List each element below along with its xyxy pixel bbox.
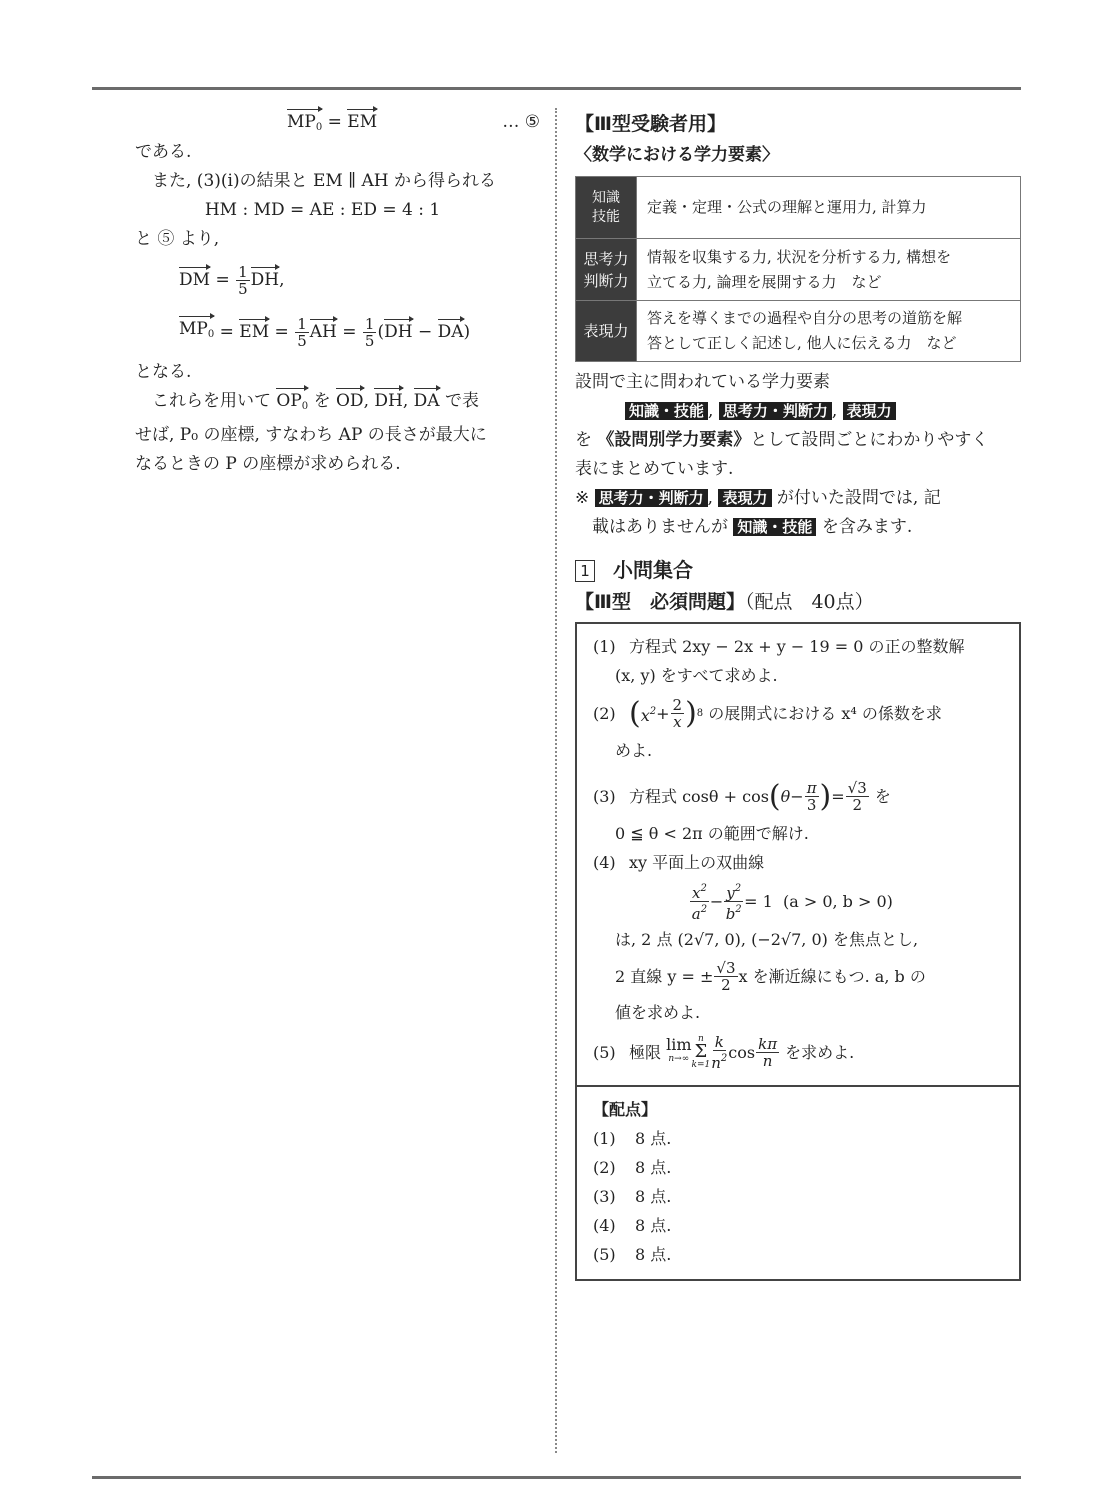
column-divider bbox=[555, 108, 557, 1453]
tag-knowledge: 知識・技能 bbox=[733, 518, 816, 536]
row-description: 答えを導くまでの過程や自分の思考の道筋を解答として正しく記述し, 他人に伝える力… bbox=[637, 301, 1021, 362]
problem-4-cont: 値を求めよ. bbox=[593, 998, 1005, 1027]
text-line: これらを用いて OP0 を OD, DH, DA で表 bbox=[135, 387, 540, 421]
row-description: 情報を収集する力, 状況を分析する力, 構想を立てる力, 論理を展開する力 など bbox=[637, 239, 1021, 301]
problem-4-cont: 2 直線 y = ±√32x を漸近線にもつ. a, b の bbox=[593, 954, 1005, 998]
ability-table: 知識技能 定義・定理・公式の理解と運用力, 計算力 思考力判断力 情報を収集する… bbox=[575, 176, 1021, 362]
tag-knowledge: 知識・技能 bbox=[625, 402, 708, 420]
notes: 設問で主に問われている学力要素 知識・技能, 思考力・判断力, 表現力 を 《設… bbox=[575, 368, 1021, 542]
vector-dm: DM bbox=[179, 266, 210, 295]
table-row: 知識技能 定義・定理・公式の理解と運用力, 計算力 bbox=[576, 177, 1021, 239]
row-header: 表現力 bbox=[576, 301, 637, 362]
vector-op0: OP0 bbox=[276, 387, 308, 421]
vector-dh: DH bbox=[251, 266, 279, 295]
vector-mp0: MP0 bbox=[179, 315, 214, 349]
bottom-rule bbox=[92, 1476, 1021, 1479]
problem-3: (3) 方程式 cosθ + cos (θ−π3)=√32 を bbox=[593, 773, 1005, 819]
problem-1: (1)方程式 2xy − 2x + y − 19 = 0 の正の整数解 bbox=[593, 632, 1005, 661]
row-description: 定義・定理・公式の理解と運用力, 計算力 bbox=[637, 177, 1021, 239]
vector-mp0: MP0 bbox=[287, 108, 322, 142]
text-line: と ⑤ より, bbox=[135, 225, 540, 254]
score-item: (4)8 点. bbox=[593, 1211, 1003, 1240]
score-title: 【配点】 bbox=[593, 1095, 1003, 1124]
problem-1-cont: (x, y) をすべて求めよ. bbox=[593, 661, 1005, 690]
top-rule bbox=[92, 87, 1021, 90]
section-heading: 【Ⅲ型受験者用】 bbox=[575, 108, 1021, 140]
problem-2-cont: めよ. bbox=[593, 736, 1005, 765]
problem-box: (1)方程式 2xy − 2x + y − 19 = 0 の正の整数解 (x, … bbox=[575, 622, 1021, 1281]
text-line: 載はありませんが 知識・技能 を含みます. bbox=[575, 513, 1021, 542]
vector-od: OD bbox=[336, 387, 364, 416]
section-number: 1 bbox=[575, 560, 595, 582]
problem-3-cont: 0 ≦ θ < 2π の範囲で解け. bbox=[593, 819, 1005, 848]
hyperbola-equation: x2a2−y2b2= 1 (a > 0, b > 0) bbox=[593, 877, 1005, 925]
left-column: MP0 = EM … ⑤ である. また, (3)(i)の結果と EM ∥ AH… bbox=[135, 108, 540, 479]
problem-2: (2) (x2+2x)8 の展開式における x⁴ の係数を求 bbox=[593, 690, 1005, 736]
vector-da: DA bbox=[414, 387, 440, 416]
fraction: 15 bbox=[295, 316, 309, 349]
tag-thinking: 思考力・判断力 bbox=[719, 402, 832, 420]
text-line: ※ 思考力・判断力, 表現力 が付いた設問では, 記 bbox=[575, 484, 1021, 513]
problem-section-title: 1小問集合 bbox=[575, 554, 1021, 586]
vector-dh: DH bbox=[374, 387, 402, 416]
problem-4-cont: は, 2 点 (2√7, 0), (−2√7, 0) を焦点とし, bbox=[593, 925, 1005, 954]
text-line: なるときの P の座標が求められる. bbox=[135, 450, 540, 479]
vector-ah: AH bbox=[310, 318, 337, 347]
vector-dh: DH bbox=[384, 318, 412, 347]
vector-em: EM bbox=[239, 318, 269, 347]
ratio-equation: HM : MD = AE : ED = 4 : 1 bbox=[135, 196, 540, 225]
tag-expression: 表現力 bbox=[843, 402, 896, 420]
problem-type: 【Ⅲ型 必須問題】（配点 40点） bbox=[575, 586, 1021, 618]
fraction: 15 bbox=[236, 264, 250, 297]
tag-expression: 表現力 bbox=[718, 489, 771, 507]
equation-mp0: MP0 = EM = 15 AH = 15(DH − DA) bbox=[135, 306, 540, 358]
score-item: (5)8 点. bbox=[593, 1240, 1003, 1269]
vector-em: EM bbox=[347, 108, 377, 137]
text-line: 設問で主に問われている学力要素 bbox=[575, 368, 1021, 397]
table-row: 思考力判断力 情報を収集する力, 状況を分析する力, 構想を立てる力, 論理を展… bbox=[576, 239, 1021, 301]
score-section: 【配点】 (1)8 点. (2)8 点. (3)8 点. (4)8 点. (5)… bbox=[577, 1087, 1019, 1279]
score-item: (2)8 点. bbox=[593, 1153, 1003, 1182]
equation-tag: … ⑤ bbox=[502, 108, 540, 137]
text-line: また, (3)(i)の結果と EM ∥ AH から得られる bbox=[135, 167, 540, 196]
score-item: (1)8 点. bbox=[593, 1124, 1003, 1153]
tag-line: 知識・技能, 思考力・判断力, 表現力 bbox=[575, 397, 1021, 426]
problem-5: (5) 極限 limn→∞ nΣk=1 kn2coskπn を求めよ. bbox=[593, 1027, 1005, 1077]
right-column: 【Ⅲ型受験者用】 〈数学における学力要素〉 知識技能 定義・定理・公式の理解と運… bbox=[575, 108, 1021, 1281]
equation-5: MP0 = EM … ⑤ bbox=[135, 108, 540, 138]
text-line: を 《設問別学力要素》として設問ごとにわかりやすく bbox=[575, 426, 1021, 455]
sub-heading: 〈数学における学力要素〉 bbox=[575, 140, 1021, 170]
score-item: (3)8 点. bbox=[593, 1182, 1003, 1211]
text-line: 表にまとめています. bbox=[575, 455, 1021, 484]
tag-thinking: 思考力・判断力 bbox=[595, 489, 708, 507]
problem-list: (1)方程式 2xy − 2x + y − 19 = 0 の正の整数解 (x, … bbox=[577, 624, 1019, 1087]
row-header: 思考力判断力 bbox=[576, 239, 637, 301]
row-header: 知識技能 bbox=[576, 177, 637, 239]
table-row: 表現力 答えを導くまでの過程や自分の思考の道筋を解答として正しく記述し, 他人に… bbox=[576, 301, 1021, 362]
problem-4: (4)xy 平面上の双曲線 bbox=[593, 848, 1005, 877]
text-line: せば, P₀ の座標, すなわち AP の長さが最大に bbox=[135, 421, 540, 450]
text-line: である. bbox=[135, 138, 540, 167]
equation-dm: DM = 15 DH, bbox=[135, 254, 540, 306]
fraction: 15 bbox=[363, 316, 377, 349]
text-line: となる. bbox=[135, 358, 540, 387]
vector-da: DA bbox=[438, 318, 464, 347]
